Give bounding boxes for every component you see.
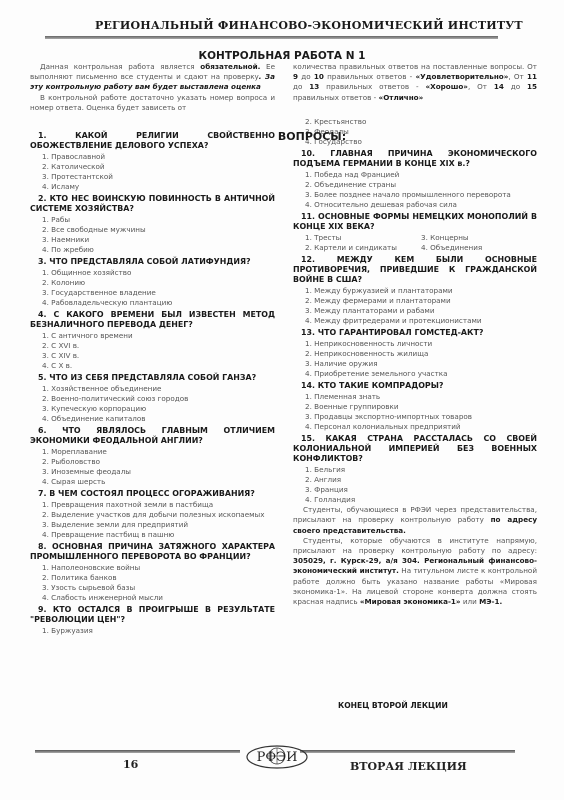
answer-option: 1. Рабы [30, 215, 275, 225]
answer-option: 4. По жребию [30, 245, 275, 255]
answer-option: 2. Военные группировки [293, 402, 537, 412]
question-text: 13. ЧТО ГАРАНТИРОВАЛ ГОМСТЕД-АКТ? [293, 328, 537, 338]
submission-paragraph-1: Студенты, обучающиеся в РФЭИ через предс… [293, 505, 537, 536]
question-text: 11. ОСНОВНЫЕ ФОРМЫ НЕМЕЦКИХ МОНОПОЛИЙ В … [293, 212, 537, 232]
right-column: количества правильных ответов на поставл… [293, 62, 537, 607]
answer-option: 3. Иноземные феодалы [30, 467, 275, 477]
answer-option: 4. Исламу [30, 182, 275, 192]
grading-text: правильных ответов - [324, 72, 416, 81]
answer-option: 4. Голландия [293, 495, 537, 505]
submission-bold: МЭ-1. [479, 597, 502, 606]
grading-text: , От [508, 72, 527, 81]
answer-option: 2. Выделение участков для добычи полезны… [30, 510, 275, 520]
submission-text: или [461, 597, 480, 606]
header-rule [45, 36, 498, 39]
answer-option: 2. С XVI в. [30, 341, 275, 351]
answer-option: 1. Неприкосновенность личности [293, 339, 537, 349]
answer-option: 1. Между буржуазией и плантаторами [293, 286, 537, 296]
answer-option: 1. Мореплавание [30, 447, 275, 457]
grade-excellent: «Отлично» [379, 93, 424, 102]
answer-option: 4. Объединения [421, 243, 537, 253]
answer-option: 4. Персонал колониальных предприятий [293, 422, 537, 432]
document-page: РЕГИОНАЛЬНЫЙ ФИНАНСОВО-ЭКОНОМИЧЕСКИЙ ИНС… [0, 0, 564, 800]
answer-option: 3. Наличие оружия [293, 359, 537, 369]
answer-option: 2. Католической [30, 162, 275, 172]
spacer [293, 103, 537, 117]
answer-option: 4. Приобретение земельного участка [293, 369, 537, 379]
intro-paragraph-2: В контрольной работе достаточно указать … [30, 93, 275, 113]
answer-option: 3. Выделение земли для предприятий [30, 520, 275, 530]
answer-option: 4. Слабость инженерной мысли [30, 593, 275, 603]
grading-text: правильных ответов - [319, 82, 425, 91]
footer-section-title: ВТОРАЯ ЛЕКЦИЯ [350, 760, 467, 773]
questions-right: 10. ГЛАВНАЯ ПРИЧИНА ЭКОНОМИЧЕСКОГО ПОДЪЕ… [293, 149, 537, 505]
answer-option: 1. Племенная знать [293, 392, 537, 402]
intro-bold: обязательной. [200, 62, 260, 71]
grade-good: «Хорошо» [426, 82, 468, 91]
submission-bold: «Мировая экономика-1» [360, 597, 461, 606]
answer-option: 1. Бельгия [293, 465, 537, 475]
question-text: 2. КТО НЕС ВОИНСКУЮ ПОВИННОСТЬ В АНТИЧНО… [30, 194, 275, 214]
answer-option: 4. С X в. [30, 361, 275, 371]
answer-option: 2. Англия [293, 475, 537, 485]
grading-num: 10 [314, 72, 324, 81]
question-text: 12. МЕЖДУ КЕМ БЫЛИ ОСНОВНЫЕ ПРОТИВОРЕЧИЯ… [293, 255, 537, 285]
question-text: 15. КАКАЯ СТРАНА РАССТАЛАСЬ СО СВОЕЙ КОЛ… [293, 434, 537, 464]
answer-option: 1. Победа над Францией [293, 170, 537, 180]
answer-option: 2. Объединение страны [293, 180, 537, 190]
answer-option: 1. Буржуазия [30, 626, 275, 636]
answer-option: 2. Колонию [30, 278, 275, 288]
answer-option: 2. Военно-политический союз городов [30, 394, 275, 404]
grading-num: 13 [309, 82, 319, 91]
grading-num: 11 [527, 72, 537, 81]
grading-text: правильных ответов - [293, 93, 379, 102]
intro-text: Данная контрольная работа является [40, 62, 200, 71]
question-text: 4. С КАКОГО ВРЕМЕНИ БЫЛ ИЗВЕСТЕН МЕТОД Б… [30, 310, 275, 330]
answer-option: 3. Наемники [30, 235, 275, 245]
question-text: 3. ЧТО ПРЕДСТАВЛЯЛА СОБОЙ ЛАТИФУНДИЯ? [30, 257, 275, 267]
rfei-logo-icon: РФЭИ [245, 742, 309, 770]
answer-option: 2. Рыболовство [30, 457, 275, 467]
answer-option: 1. Хозяйственное объединение [30, 384, 275, 394]
footer-rule-right [300, 750, 515, 753]
answer-option: 1. С античного времени [30, 331, 275, 341]
grading-num: 15 [527, 82, 537, 91]
answer-option: 3. Государственное владение [30, 288, 275, 298]
intro-paragraph-1: Данная контрольная работа является обяза… [30, 62, 275, 93]
question-text: 7. В ЧЕМ СОСТОЯЛ ПРОЦЕСС ОГОРАЖИВАНИЯ? [30, 489, 275, 499]
answer-option: 2. Все свободные мужчины [30, 225, 275, 235]
options-grid: 1. Тресты3. Концерны2. Картели и синдика… [293, 233, 537, 253]
grading-text: до [504, 82, 527, 91]
grading-paragraph: количества правильных ответов на поставл… [293, 62, 537, 103]
answer-option: 1. Общинное хозяйство [30, 268, 275, 278]
answer-option: 4. Между фритредерами и протекционистами [293, 316, 537, 326]
answer-option: 3. Концерны [421, 233, 537, 243]
page-number: 16 [123, 758, 138, 771]
answer-option: 2. Политика банков [30, 573, 275, 583]
grading-text: количества правильных ответов на поставл… [293, 62, 537, 71]
answer-option: 4. Рабовладельческую плантацию [30, 298, 275, 308]
spacer [30, 113, 275, 129]
grading-text: до [293, 82, 309, 91]
grade-satisfactory: «Удовлетворительно» [416, 72, 509, 81]
question-text: 5. ЧТО ИЗ СЕБЯ ПРЕДСТАВЛЯЛА СОБОЙ ГАНЗА? [30, 373, 275, 383]
footer-rule-left [35, 750, 240, 753]
answer-option: 2. Картели и синдикаты [305, 243, 421, 253]
answer-option: 4. Превращение пастбищ в пашню [30, 530, 275, 540]
answer-option: 3. Купеческую корпорацию [30, 404, 275, 414]
question-text: 14. КТО ТАКИЕ КОМПРАДОРЫ? [293, 381, 537, 391]
grading-text: , От [468, 82, 494, 91]
answer-option: 1. Наполеоновские войны [30, 563, 275, 573]
questions-heading: ВОПРОСЫ: [30, 130, 564, 143]
answer-option: 4. Относительно дешевая рабочая сила [293, 200, 537, 210]
questions-left: 1. КАКОЙ РЕЛИГИИ СВОЙСТВЕННО ОБОЖЕСТВЛЕН… [30, 131, 275, 636]
left-column: Данная контрольная работа является обяза… [30, 62, 275, 636]
institute-title: РЕГИОНАЛЬНЫЙ ФИНАНСОВО-ЭКОНОМИЧЕСКИЙ ИНС… [95, 18, 494, 32]
answer-option: 2. Неприкосновенность жилища [293, 349, 537, 359]
answer-option: 3. Более позднее начало промышленного пе… [293, 190, 537, 200]
grading-num: 14 [494, 82, 504, 91]
answer-option: 3. Между плантаторами и рабами [293, 306, 537, 316]
question-text: 8. ОСНОВНАЯ ПРИЧИНА ЗАТЯЖНОГО ХАРАКТЕРА … [30, 542, 275, 562]
answer-option: 1. Тресты [305, 233, 421, 243]
submission-paragraph-2: Студенты, которые обучаются в институте … [293, 536, 537, 607]
question-text: 9. КТО ОСТАЛСЯ В ПРОИГРЫШЕ В РЕЗУЛЬТАТЕ … [30, 605, 275, 625]
grading-text: до [298, 72, 314, 81]
end-of-lecture: КОНЕЦ ВТОРОЙ ЛЕКЦИИ [338, 701, 448, 710]
answer-option: 4. Объединение капиталов [30, 414, 275, 424]
submission-text: Студенты, которые обучаются в институте … [293, 536, 537, 555]
control-work-title: КОНТРОЛЬНАЯ РАБОТА N 1 [0, 50, 564, 62]
answer-option: 3. С XIV в. [30, 351, 275, 361]
answer-option: 2. Между фермерами и плантаторами [293, 296, 537, 306]
answer-option: 3. Франция [293, 485, 537, 495]
answer-option: 1. Превращения пахотной земли в пастбища [30, 500, 275, 510]
answer-option: 3. Продавцы экспортно-импортных товаров [293, 412, 537, 422]
answer-option: 3. Узость сырьевой базы [30, 583, 275, 593]
svg-text:РФЭИ: РФЭИ [257, 750, 298, 765]
answer-option: 3. Протестантской [30, 172, 275, 182]
question-text: 10. ГЛАВНАЯ ПРИЧИНА ЭКОНОМИЧЕСКОГО ПОДЪЕ… [293, 149, 537, 169]
answer-option: 1. Православной [30, 152, 275, 162]
answer-option: 4. Сырая шерсть [30, 477, 275, 487]
answer-option: 2. Крестьянство [293, 117, 537, 127]
question-text: 6. ЧТО ЯВЛЯЛОСЬ ГЛАВНЫМ ОТЛИЧИЕМ ЭКОНОМИ… [30, 426, 275, 446]
